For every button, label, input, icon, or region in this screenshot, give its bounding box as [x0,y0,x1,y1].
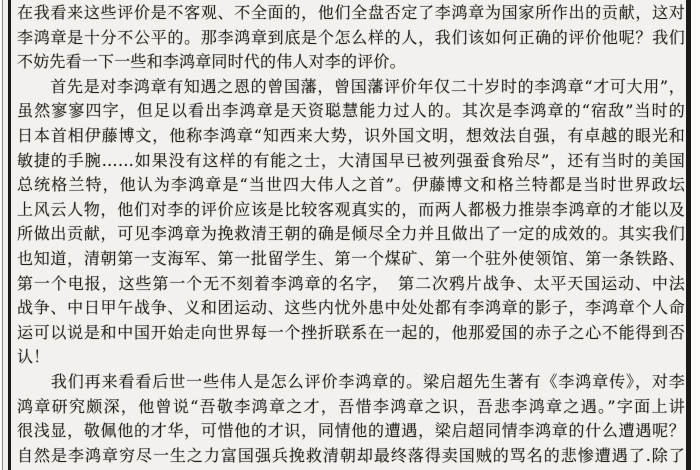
text-line: 李鸿章是十分不公平的。那李鸿章到底是个怎么样的人，我们该如何正确的评价他呢？我们 [17,26,685,51]
text-line: 很浅显，敬佩他的才华，可惜他的才识，同情他的遭遇，梁启超同情李鸿章的什么遭遇呢？ [17,419,685,444]
left-inner-rule-line [8,0,11,470]
text-line: 上风云人物，他们对李的评价应该是比较客观真实的，而两人都极力推崇李鸿章的才能以及 [17,198,685,223]
right-margin [691,0,700,470]
text-line: 不妨先看一下一些和李鸿章同时代的伟人对李的评价。 [17,50,685,75]
text-line: 敏捷的手腕……如果没有这样的有能之士，大清国早已被列强蚕食殆尽”，还有当时的美国 [17,149,685,174]
text-line: 所做出贡献，可见李鸿章为挽救清王朝的确是倾尽全力并且做出了一定的成效的。其实我们 [17,222,685,247]
text-line: 认！ [17,345,685,370]
scanned-document-page: 在我看来这些评价是不客观、不全面的，他们全盘否定了李鸿章为国家所作出的贡献，这对… [0,0,700,470]
left-outer-rule-line [2,0,3,470]
text-line: 虽然寥寥四字，但足以看出李鸿章是天资聪慧能力过人的。其次是李鸿章的“宿敌”当时的 [17,99,685,124]
text-line: 运可以说是和中国开始走向世界每一个挫折联系在一起的，他那爱国的赤子之心不能得到否 [17,321,685,346]
text-line: 也知道，清朝第一支海军、第一批留学生、第一个煤矿、第一个驻外使领馆、第一条铁路、 [17,247,685,272]
text-line: 日本首相伊藤博文，他称李鸿章“知西来大势，识外国文明，想效法自强，有卓越的眼光和 [17,124,685,149]
text-line: 自然是李鸿章穷尽一生之力富国强兵挽救清朝却最终落得卖国贼的骂名的悲惨遭遇了.除了 [17,444,685,469]
text-line: 总统格兰特，他认为李鸿章是“当世四大伟人之首”。伊藤博文和格兰特都是当时世界政坛 [17,173,685,198]
text-line: 我们再来看看后世一些伟人是怎么评价李鸿章的。梁启超先生著有《李鸿章传》，对李 [17,370,685,395]
text-line: 在我看来这些评价是不客观、不全面的，他们全盘否定了李鸿章为国家所作出的贡献，这对 [17,1,685,26]
text-line: 战争、中日甲午战争、义和团运动、这些内忧外患中处处都有李鸿章的影子，李鸿章个人命 [17,296,685,321]
text-line: 第一个电报，这些第一个无不刻着李鸿章的名字， 第二次鸦片战争、太平天国运动、中法 [17,272,685,297]
document-text: 在我看来这些评价是不客观、不全面的，他们全盘否定了李鸿章为国家所作出的贡献，这对… [17,1,685,470]
text-line: 鸿章研究颇深，他曾说“吾敬李鸿章之才，吾惜李鸿章之识，吾悲李鸿章之遇。”字面上讲 [17,395,685,420]
text-line: 首先是对李鸿章有知遇之恩的曾国藩，曾国藩评价年仅二十岁时的李鸿章“才可大用”， [17,75,685,100]
